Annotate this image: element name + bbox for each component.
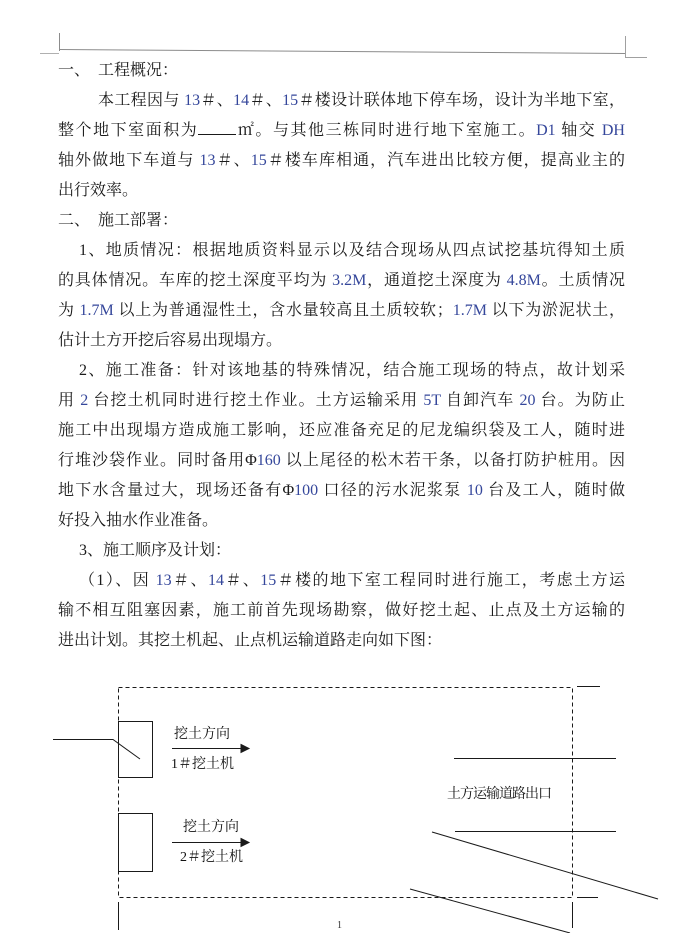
dig-direction-2-label: 挖土方向 xyxy=(183,820,239,836)
text-run: ＃楼的地下室工程同时进行施工，考虑土方运 xyxy=(276,572,625,589)
text-line: 为 1.7M 以上为普通湿性土，含水量较高且土质较软；1.7M 以下为淤泥状土， xyxy=(58,296,625,326)
text-run: 。土质情况 xyxy=(541,272,625,289)
text-run: 的具体情况。车库的挖土深度平均为 xyxy=(58,272,332,289)
latin-run: 20 xyxy=(519,392,535,409)
text-run: ＃、 xyxy=(172,572,208,589)
text-run: 用 xyxy=(58,392,80,409)
text-run: 以上为普通湿性土，含水量较高且土质较软； xyxy=(114,302,453,319)
text-run: ＃楼设计联体地下停车场，设计为半地下室， xyxy=(298,92,625,109)
text-run: ＃、 xyxy=(216,152,251,169)
road-exit-label: 土方运输道路出口 xyxy=(447,787,551,803)
excavator-2-rect xyxy=(119,814,153,872)
text-line: 出行效率。 xyxy=(58,176,625,206)
text-run: 本工程因与 xyxy=(98,92,184,109)
latin-run: 3.2M xyxy=(332,272,366,289)
latin-run: 4.8M xyxy=(507,272,541,289)
text-run: 工程概况： xyxy=(98,62,178,79)
latin-run: 100 xyxy=(294,482,318,499)
latin-run: 13 xyxy=(184,92,200,109)
text-line: 好投入抽水作业准备。 xyxy=(58,506,625,536)
text-line: 施工中出现塌方造成施工影响，还应准备充足的尼龙编织袋及工人，随时进 xyxy=(58,416,625,446)
text-line: 的具体情况。车库的挖土深度平均为 3.2M，通道挖土深度为 4.8M。土质情况 xyxy=(58,266,625,296)
header-rule xyxy=(40,33,647,58)
text-line: 行堆沙袋作业。同时备用Φ160 以上尾径的松木若干条，以备打防护桩用。因 xyxy=(58,446,625,476)
text-run: 整个地下室面积为 xyxy=(58,122,198,139)
latin-run: D1 xyxy=(536,122,556,139)
latin-run: 10 xyxy=(467,482,483,499)
text-run: （1）、因 xyxy=(79,572,156,589)
text-run: ＃、 xyxy=(200,92,233,109)
text-line: 2、施工准备：针对该地基的特殊情况，结合施工现场的特点，故计划采 xyxy=(58,356,625,386)
text-run: 地下水含量过大，现场还备有Φ xyxy=(58,482,294,499)
latin-run: 15 xyxy=(260,572,276,589)
blank-underline xyxy=(198,120,236,135)
text-run: 施工中出现塌方造成施工影响，还应准备充足的尼龙编织袋及工人，随时进 xyxy=(58,422,625,439)
text-line: 进出计划。其挖土机起、止点机运输道路走向如下图： xyxy=(58,626,625,656)
text-run: 施工部署： xyxy=(98,212,178,229)
latin-run: 1.7M xyxy=(453,302,487,319)
text-run: ＃楼车库相通，汽车进出比较方便，提高业主的 xyxy=(267,152,625,169)
text-run: 二、 xyxy=(58,212,90,229)
text-line: 整个地下室面积为㎡。与其他三栋同时进行地下室施工。D1 轴交 DH xyxy=(58,116,625,146)
text-run: 台及工人，随时做 xyxy=(483,482,625,499)
text-line: 二、施工部署： xyxy=(58,206,625,236)
text-run: 进出计划。其挖土机起、止点机运输道路走向如下图： xyxy=(58,632,442,649)
text-run: ＃、 xyxy=(224,572,260,589)
text-run: 轴外做地下车道与 xyxy=(58,152,200,169)
header-main-rule-line xyxy=(59,50,625,54)
latin-run: 15 xyxy=(282,92,298,109)
text-run: 轴交 xyxy=(556,122,602,139)
excavator-1-rect xyxy=(119,722,153,778)
latin-run: 5T xyxy=(423,392,440,409)
diagonal-road-line-1 xyxy=(432,832,658,899)
page-number: 1 xyxy=(337,920,342,931)
text-run: 一、 xyxy=(58,62,90,79)
text-line: 轴外做地下车道与 13＃、15＃楼车库相通，汽车进出比较方便，提高业主的 xyxy=(58,146,625,176)
text-run: 行堆沙袋作业。同时备用Φ xyxy=(58,452,257,469)
text-run: 台挖土机同时进行挖土作业。土方运输采用 xyxy=(88,392,423,409)
text-line: 用 2 台挖土机同时进行挖土作业。土方运输采用 5T 自卸汽车 20 台。为防止 xyxy=(58,386,625,416)
text-run: 2、施工准备：针对该地基的特殊情况，结合施工现场的特点，故计划采 xyxy=(79,362,625,379)
latin-run: 15 xyxy=(251,152,267,169)
text-line: 估计土方开挖后容易出现塌方。 xyxy=(58,326,625,356)
latin-run: 1.7M xyxy=(80,302,114,319)
latin-run: 14 xyxy=(233,92,249,109)
text-run: 估计土方开挖后容易出现塌方。 xyxy=(58,332,282,349)
text-run: 以下为淤泥状土， xyxy=(487,302,625,319)
text-run: 以上尾径的松木若干条，以备打防护桩用。因 xyxy=(281,452,625,469)
document-text: 一、工程概况：本工程因与 13＃、14＃、15＃楼设计联体地下停车场，设计为半地… xyxy=(58,56,625,656)
text-run: ＃、 xyxy=(249,92,282,109)
text-run: 输不相互阻塞因素，施工前首先现场勘察，做好挖土起、止点及土方运输的 xyxy=(58,602,625,619)
text-run: 口径的污水泥浆泵 xyxy=(318,482,467,499)
text-run: 好投入抽水作业准备。 xyxy=(58,512,218,529)
latin-run: 13 xyxy=(200,152,216,169)
text-run: 台。为防止 xyxy=(535,392,625,409)
latin-run: 14 xyxy=(208,572,224,589)
dig-direction-2-arrowhead xyxy=(241,839,249,847)
text-line: 本工程因与 13＃、14＃、15＃楼设计联体地下停车场，设计为半地下室， xyxy=(58,86,625,116)
text-run: ，通道挖土深度为 xyxy=(366,272,506,289)
latin-run: 13 xyxy=(156,572,172,589)
latin-run: DH xyxy=(602,122,625,139)
text-run: 出行效率。 xyxy=(58,182,138,199)
document-page: 一、工程概况：本工程因与 13＃、14＃、15＃楼设计联体地下停车场，设计为半地… xyxy=(0,0,679,933)
excavator-2-label: 2＃挖土机 xyxy=(180,850,243,866)
dig-direction-1-arrowhead xyxy=(241,745,249,753)
dig-direction-1-label: 挖土方向 xyxy=(174,727,230,743)
text-line: 地下水含量过大，现场还备有Φ100 口径的污水泥浆泵 10 台及工人，随时做 xyxy=(58,476,625,506)
text-run: 1、地质情况：根据地质资料显示以及结合现场从四点试挖基坑得知土质 xyxy=(79,242,625,259)
text-run: 3、施工顺序及计划： xyxy=(79,542,231,559)
text-line: 一、工程概况： xyxy=(58,56,625,86)
text-run: ㎡。与其他三栋同时进行地下室施工。 xyxy=(236,122,536,139)
text-run: 为 xyxy=(58,302,80,319)
text-line: 3、施工顺序及计划： xyxy=(58,536,625,566)
excavation-diagram xyxy=(53,687,658,933)
diagonal-road-line-2 xyxy=(410,889,570,933)
text-line: 输不相互阻塞因素，施工前首先现场勘察，做好挖土起、止点及土方运输的 xyxy=(58,596,625,626)
text-line: 1、地质情况：根据地质资料显示以及结合现场从四点试挖基坑得知土质 xyxy=(58,236,625,266)
latin-run: 160 xyxy=(257,452,281,469)
text-line: （1）、因 13＃、14＃、15＃楼的地下室工程同时进行施工，考虑土方运 xyxy=(58,566,625,596)
excavator-1-label: 1＃挖土机 xyxy=(171,757,234,773)
text-run: 自卸汽车 xyxy=(441,392,520,409)
